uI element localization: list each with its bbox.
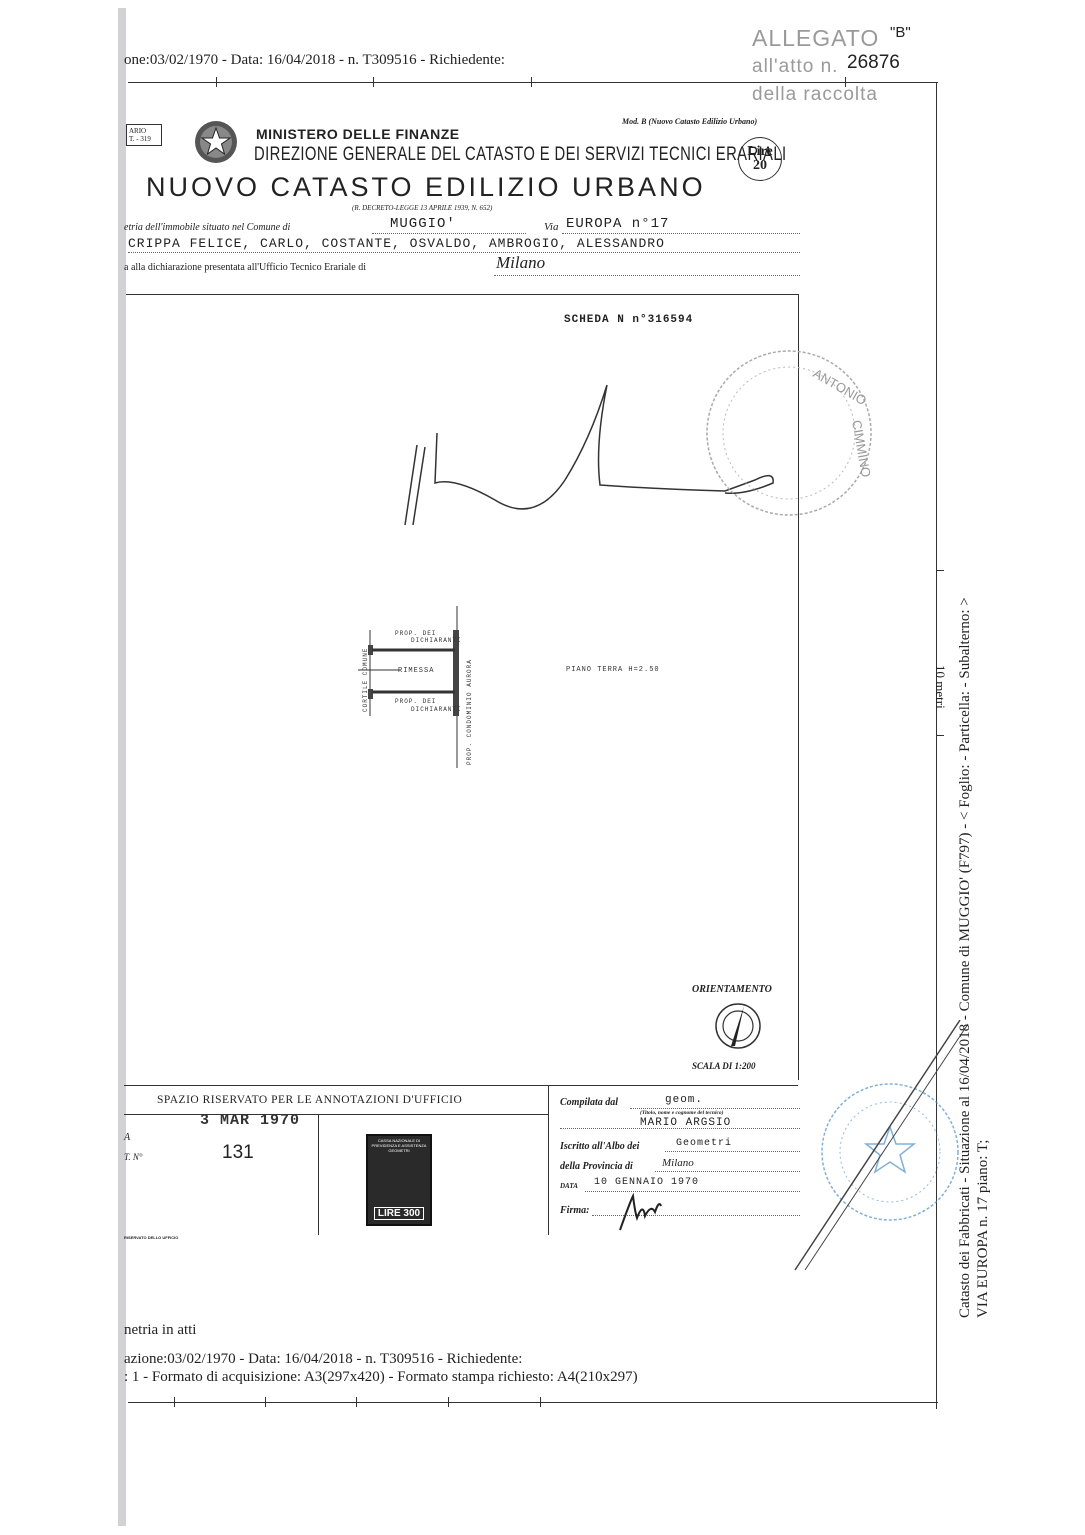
revenue-stamp-value: LIRE 300 bbox=[374, 1207, 424, 1220]
direction-name: DIREZIONE GENERALE DEL CATASTO E DEI SER… bbox=[254, 144, 786, 166]
dotted-line bbox=[562, 233, 800, 234]
annotation-title: SPAZIO RISERVATO PER LE ANNOTAZIONI D'UF… bbox=[157, 1094, 462, 1106]
plan-label-cortile: CORTILE COMUNE bbox=[362, 648, 369, 712]
rule-tick bbox=[540, 1397, 541, 1407]
dotted-line bbox=[665, 1151, 800, 1152]
footer-line3: : 1 - Formato di acquisizione: A3(297x42… bbox=[124, 1369, 638, 1386]
albo-label: Iscritto all'Albo dei bbox=[560, 1141, 639, 1152]
province-value: Milano bbox=[662, 1157, 694, 1169]
dotted-line bbox=[494, 275, 800, 276]
header-request-line: one:03/02/1970 - Data: 16/04/2018 - n. T… bbox=[124, 52, 505, 69]
allegato-mark: "B" bbox=[890, 24, 911, 41]
received-stamp: 3 MAR 1970 bbox=[200, 1112, 300, 1129]
ministry-name: MINISTERO DELLE FINANZE bbox=[256, 126, 460, 142]
rule-tick bbox=[531, 77, 532, 87]
plan-label-prop-bottom-2: DICHIARANTI bbox=[411, 706, 462, 713]
rule-tick bbox=[265, 1397, 266, 1407]
revenue-stamp: CASSA NAZIONALE DI PREVIDENZA E ASSISTEN… bbox=[366, 1134, 432, 1226]
scale-bar-label: 10 metri bbox=[932, 665, 948, 709]
plan-label-rimessa: RIMESSA bbox=[398, 667, 434, 675]
rule-tick bbox=[216, 77, 217, 87]
allegato-stamp-raccolta: della raccolta bbox=[752, 84, 878, 106]
dotted-line bbox=[128, 252, 800, 253]
form-code-line: ARIO bbox=[129, 127, 161, 135]
header-rule bbox=[128, 82, 938, 83]
annotation-row1-label: A bbox=[124, 1132, 130, 1143]
comune-value: MUGGIO' bbox=[390, 216, 456, 232]
footer-rule bbox=[128, 1402, 938, 1403]
plan-frame-top bbox=[126, 294, 799, 295]
dotted-line bbox=[372, 233, 526, 234]
dotted-line bbox=[630, 1108, 800, 1109]
diagonal-cancel-lines bbox=[790, 1020, 970, 1280]
office-value: Milano bbox=[496, 253, 545, 273]
side-cadastre-line: Catasto dei Fabbricati - Situazione al 1… bbox=[957, 597, 974, 1318]
stamp-duty-circle: Lire 20 bbox=[738, 137, 782, 181]
footer-line1: netria in atti bbox=[124, 1322, 196, 1339]
scale-bar-tick bbox=[936, 570, 944, 571]
annotation-row2-label: T. N° bbox=[124, 1152, 142, 1162]
scheda-number: SCHEDA N n°316594 bbox=[564, 314, 693, 326]
compiled-value: geom. bbox=[665, 1094, 703, 1106]
dotted-line bbox=[655, 1171, 800, 1172]
compass-icon bbox=[714, 1002, 762, 1050]
orientation-label: ORIENTAMENTO bbox=[692, 984, 772, 995]
notary-seal-icon: ANTONIO CIMMINO bbox=[702, 346, 877, 521]
via-label: Via bbox=[544, 221, 558, 233]
annotation-box-right bbox=[548, 1085, 549, 1235]
via-value: EUROPA n°17 bbox=[566, 216, 669, 232]
form-title: NUOVO CATASTO EDILIZIO URBANO bbox=[146, 172, 706, 203]
plan-label-condominio: PROP. CONDOMINIO AURORA bbox=[466, 659, 473, 765]
italian-emblem-icon bbox=[192, 118, 240, 166]
date-label: DATA bbox=[560, 1182, 578, 1190]
scan-page-edge bbox=[118, 8, 126, 1526]
declaration-label: a alla dichiarazione presentata all'Uffi… bbox=[124, 262, 366, 273]
signature-label: Firma: bbox=[560, 1205, 589, 1216]
side-address-line: VIA EUROPA n. 17 piano: T; bbox=[975, 1140, 992, 1318]
location-label: etria dell'immobile situato nel Comune d… bbox=[124, 222, 290, 233]
rule-tick bbox=[448, 1397, 449, 1407]
annotation-box-divider bbox=[124, 1114, 549, 1115]
owners-value: CRIPPA FELICE, CARLO, COSTANTE, OSVALDO,… bbox=[128, 236, 665, 251]
model-label: Mod. B (Nuovo Catasto Edilizio Urbano) bbox=[622, 117, 757, 126]
annotation-box-top bbox=[124, 1085, 549, 1086]
stamp-duty-value: 20 bbox=[739, 159, 781, 173]
plan-label-prop-top: PROP. DEI bbox=[395, 630, 436, 637]
technician-signature bbox=[615, 1192, 665, 1232]
annotation-footer: RISERVATO DELLO UFFICIO bbox=[124, 1235, 178, 1240]
rule-tick bbox=[174, 1397, 175, 1407]
atto-number: 26876 bbox=[847, 52, 900, 74]
rule-tick bbox=[356, 1397, 357, 1407]
plan-label-piano: PIANO TERRA H=2.50 bbox=[566, 666, 660, 674]
scale-label: SCALA DI 1:200 bbox=[692, 1061, 756, 1071]
compiled-label: Compilata dal bbox=[560, 1097, 618, 1108]
date-value: 10 GENNAIO 1970 bbox=[594, 1177, 699, 1188]
revenue-stamp-header: CASSA NAZIONALE DI PREVIDENZA E ASSISTEN… bbox=[368, 1136, 430, 1155]
scale-bar-tick bbox=[936, 735, 944, 736]
allegato-stamp-atto: all'atto n. bbox=[752, 56, 838, 78]
albo-value: Geometri bbox=[676, 1138, 732, 1149]
compile-box-top bbox=[548, 1085, 798, 1086]
plan-label-prop-bottom: PROP. DEI bbox=[395, 698, 436, 705]
form-code-box: ARIO T. - 319 bbox=[126, 124, 162, 146]
allegato-stamp-title: ALLEGATO bbox=[752, 25, 879, 52]
form-code-line: T. - 319 bbox=[129, 135, 161, 143]
dotted-line bbox=[560, 1128, 800, 1129]
plan-label-prop-top-2: DICHIARANTI bbox=[411, 637, 462, 644]
rule-tick bbox=[373, 77, 374, 87]
compiled-hint: (Titolo, nome e cognome del tecnico) bbox=[640, 1110, 724, 1116]
svg-text:ANTONIO: ANTONIO bbox=[811, 366, 870, 408]
stamp-duty-label: Lire bbox=[739, 145, 781, 159]
province-label: della Provincia di bbox=[560, 1161, 633, 1172]
decree-reference: (R. DECRETO-LEGGE 13 APRILE 1939, N. 652… bbox=[352, 204, 492, 212]
annotation-box-split bbox=[318, 1114, 319, 1235]
protocol-number: 131 bbox=[222, 1142, 254, 1164]
footer-line2: azione:03/02/1970 - Data: 16/04/2018 - n… bbox=[124, 1351, 522, 1368]
